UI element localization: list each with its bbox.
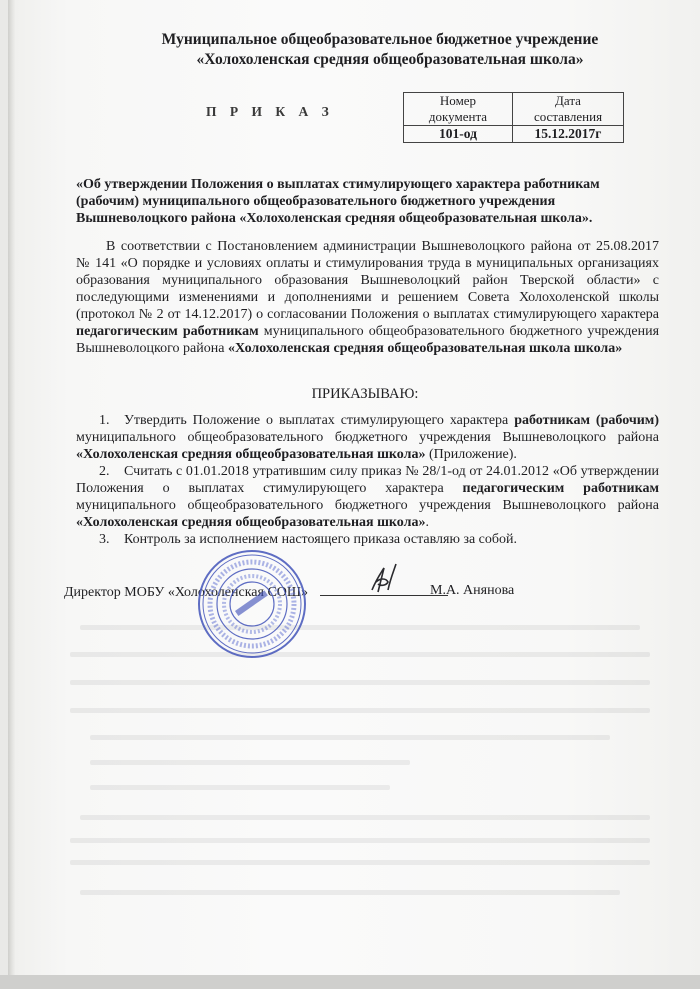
show-through-line (70, 652, 650, 657)
page-edge (8, 0, 16, 975)
official-round-stamp-icon (196, 548, 308, 660)
order-subject: «Об утверждении Положения о выплатах сти… (76, 176, 636, 227)
show-through-line (70, 708, 650, 713)
show-through-line (70, 680, 650, 685)
doc-number-value: 101-од (404, 126, 513, 143)
handwritten-signature-icon (366, 560, 402, 596)
show-through-line (90, 735, 610, 740)
document-type-title: П Р И К А З (206, 104, 334, 120)
document-meta-table: Номер документа Дата составления 101-од … (403, 92, 624, 143)
show-through-line (70, 838, 650, 843)
signer-name: М.А. Анянова (430, 583, 514, 599)
preamble-paragraph: В соответствии с Постановлением админист… (76, 238, 659, 357)
meta-table-header-row: Номер документа Дата составления (404, 93, 624, 126)
show-through-line (90, 760, 410, 765)
doc-date-value: 15.12.2017г (513, 126, 624, 143)
header-doc-number: Номер документа (404, 93, 513, 126)
orders-heading: ПРИКАЗЫВАЮ: (0, 386, 700, 403)
order-item: 1.Утвердить Положение о выплатах стимули… (76, 412, 659, 463)
organization-header: Муниципальное общеобразовательное бюджет… (0, 30, 700, 70)
show-through-line (80, 625, 640, 630)
show-through-line (70, 860, 650, 865)
orders-list: 1.Утвердить Положение о выплатах стимули… (76, 412, 659, 548)
meta-table-value-row: 101-од 15.12.2017г (404, 126, 624, 143)
scan-bottom-edge (0, 975, 700, 989)
show-through-line (90, 785, 390, 790)
order-item: 2.Считать с 01.01.2018 утратившим силу п… (76, 463, 659, 531)
order-item: 3.Контроль за исполнением настоящего при… (76, 531, 659, 548)
show-through-line (80, 890, 620, 895)
org-name-line2: «Холохоленская средняя общеобразовательн… (0, 50, 700, 70)
org-name-line1: Муниципальное общеобразовательное бюджет… (0, 30, 700, 50)
show-through-line (80, 815, 650, 820)
header-doc-date: Дата составления (513, 93, 624, 126)
